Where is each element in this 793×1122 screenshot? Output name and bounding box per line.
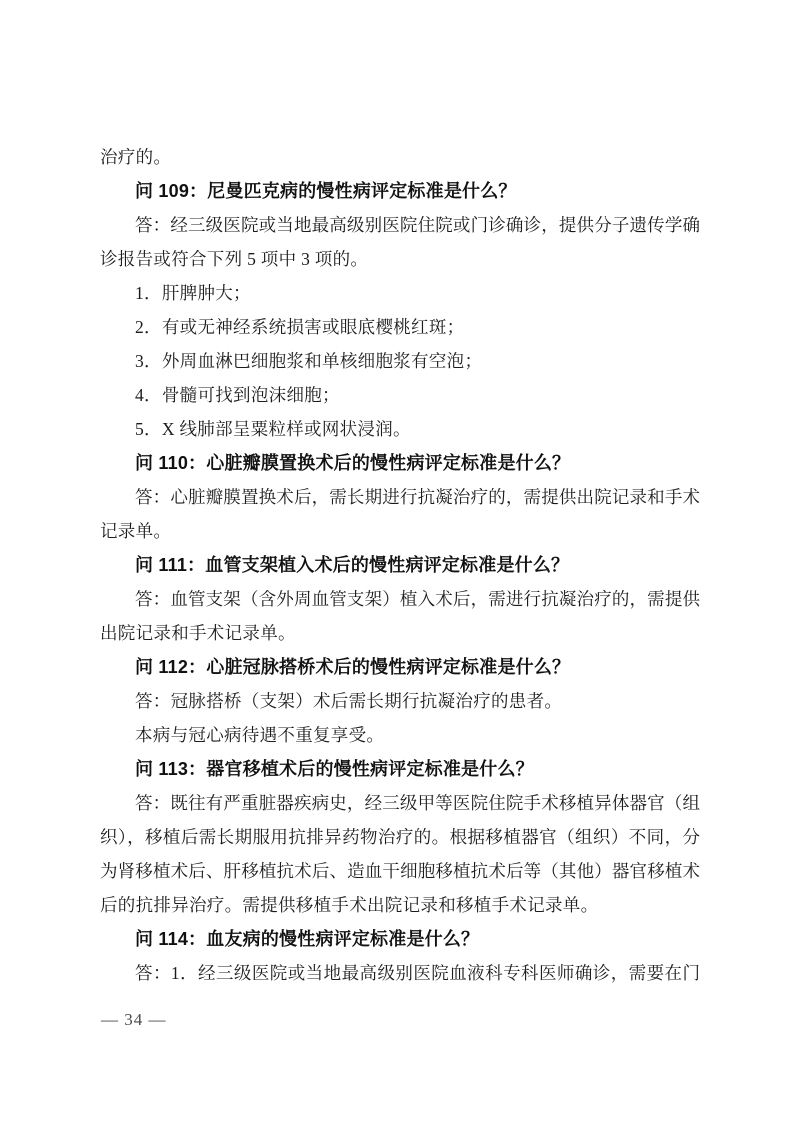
text-line: 记录单。 [100,514,700,548]
question-line: 问 109：尼曼匹克病的慢性病评定标准是什么？ [100,174,700,208]
list-item: 1．肝脾肿大； [100,276,700,310]
question-line: 问 111：血管支架植入术后的慢性病评定标准是什么？ [100,548,700,582]
list-item: 3．外周血淋巴细胞浆和单核细胞浆有空泡； [100,344,700,378]
question-line: 问 112：心脏冠脉搭桥术后的慢性病评定标准是什么？ [100,650,700,684]
document-body: 治疗的。 问 109：尼曼匹克病的慢性病评定标准是什么？ 答：经三级医院或当地最… [100,140,700,990]
text-line: 出院记录和手术记录单。 [100,616,700,650]
answer-line: 答：经三级医院或当地最高级别医院住院或门诊确诊，提供分子遗传学确 [100,208,700,242]
text-line: 治疗的。 [100,140,700,174]
list-item: 4．骨髓可找到泡沫细胞； [100,378,700,412]
text-line: 为肾移植术后、肝移植抗术后、造血干细胞移植抗术后等（其他）器官移植术 [100,854,700,888]
answer-line: 答：1．经三级医院或当地最高级别医院血液科专科医师确诊，需要在门 [100,956,700,990]
text-line: 本病与冠心病待遇不重复享受。 [100,718,700,752]
list-item: 2．有或无神经系统损害或眼底樱桃红斑； [100,310,700,344]
page-number: — 34 — [101,1006,167,1034]
question-line: 问 114：血友病的慢性病评定标准是什么？ [100,922,700,956]
answer-line: 答：心脏瓣膜置换术后，需长期进行抗凝治疗的，需提供出院记录和手术 [100,480,700,514]
text-line: 后的抗排异治疗。需提供移植手术出院记录和移植手术记录单。 [100,888,700,922]
text-line: 诊报告或符合下列 5 项中 3 项的。 [100,242,700,276]
question-line: 问 110：心脏瓣膜置换术后的慢性病评定标准是什么？ [100,446,700,480]
answer-line: 答：冠脉搭桥（支架）术后需长期行抗凝治疗的患者。 [100,684,700,718]
list-item: 5．X 线肺部呈粟粒样或网状浸润。 [100,412,700,446]
text-line: 织），移植后需长期服用抗排异药物治疗的。根据移植器官（组织）不同，分 [100,820,700,854]
answer-line: 答：血管支架（含外周血管支架）植入术后，需进行抗凝治疗的，需提供 [100,582,700,616]
document-page: 治疗的。 问 109：尼曼匹克病的慢性病评定标准是什么？ 答：经三级医院或当地最… [0,0,793,1122]
answer-line: 答：既往有严重脏器疾病史，经三级甲等医院住院手术移植异体器官（组 [100,786,700,820]
question-line: 问 113：器官移植术后的慢性病评定标准是什么？ [100,752,700,786]
